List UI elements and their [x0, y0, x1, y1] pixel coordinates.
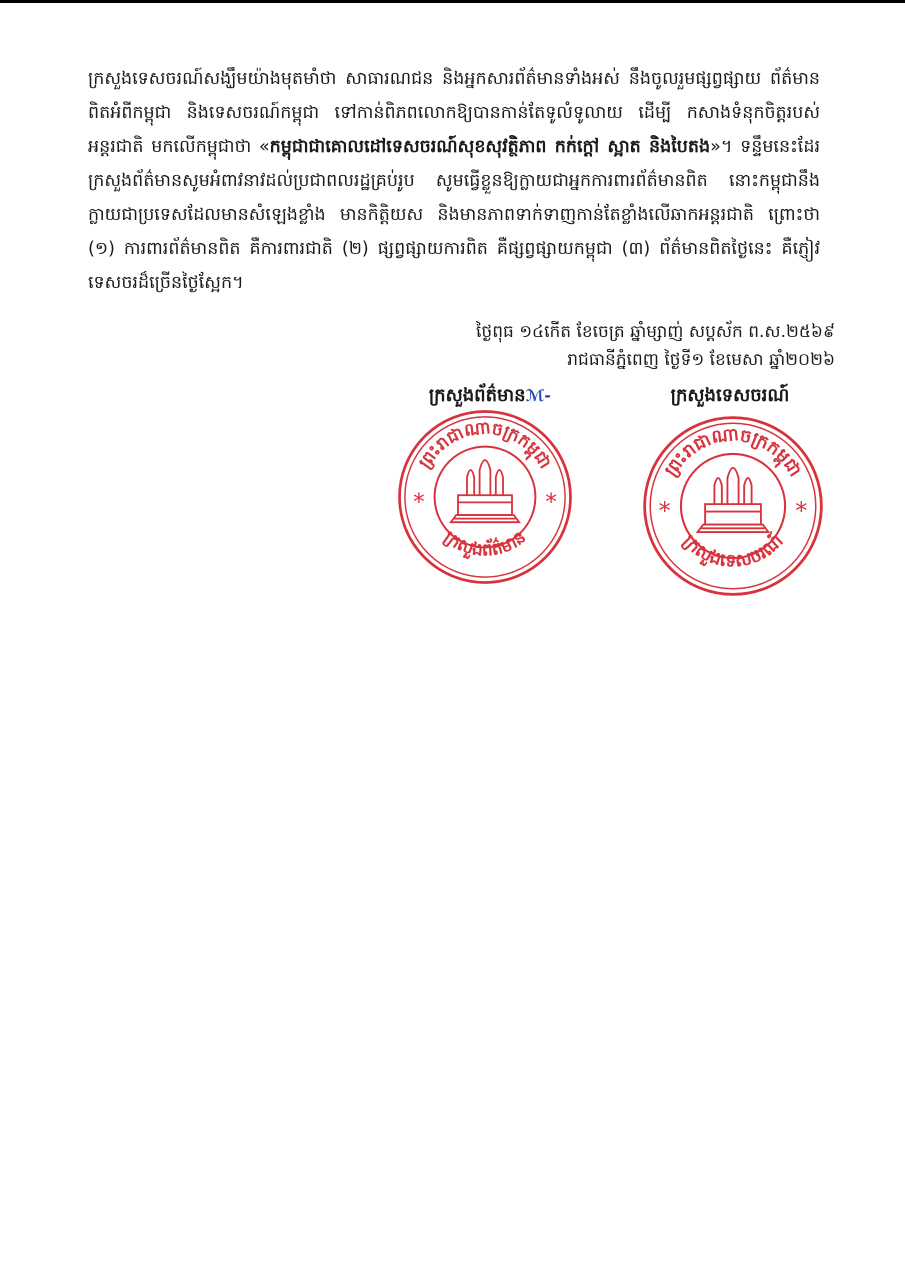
official-seal-icon: ព្រះរាជាណាចក្រកម្ពុជា ក្រសួងទេសចរណ៍ * * — [640, 413, 826, 599]
paragraph-line: ក្រសួងទេសចរណ៍សង្ឃឹមយ៉ាងមុតមាំថា សាធារណជន… — [88, 69, 761, 89]
signature-initials: ℳ- — [526, 386, 552, 405]
signer-ministry-information: ក្រសួងព័ត៌មានℳ- ព្រះរាជាណាចក្រកម្ពុជា ក្… — [390, 383, 590, 409]
signer-name: ក្រសួងព័ត៌មាន — [429, 385, 526, 406]
date-block: ថ្ងៃពុធ ១៤កើត ខែចេត្រ ឆ្នាំម្សាញ់ សប្តស័… — [476, 318, 835, 374]
signer-name: ក្រសួងទេសចរណ៍ — [671, 385, 790, 406]
svg-text:*: * — [795, 497, 807, 525]
slogan-text: កម្ពុជាជាគោលដៅទេសចរណ៍សុខសុវត្ថិភាព កក់ក្… — [270, 137, 710, 157]
svg-text:*: * — [545, 488, 557, 516]
svg-text:ក្រសួងទេសចរណ៍: ក្រសួងទេសចរណ៍ — [679, 529, 788, 572]
svg-text:*: * — [413, 488, 425, 516]
page-top-border — [0, 0, 905, 3]
svg-text:ក្រសួងព័ត៌មាន: ក្រសួងព័ត៌មាន — [440, 527, 530, 560]
official-seal-icon: ព្រះរាជាណាចក្រកម្ពុជា ក្រសួងព័ត៌មាន * * — [395, 407, 575, 587]
signature-block: ក្រសួងព័ត៌មានℳ- ព្រះរាជាណាចក្រកម្ពុជា ក្… — [390, 383, 830, 603]
paragraph-rest: »។ ទន្ទឹមនេះដែរ ក្រសួងព័ត៌មានសូមអំពាវនាវ… — [88, 137, 820, 293]
body-paragraph: ក្រសួងទេសចរណ៍សង្ឃឹមយ៉ាងមុតមាំថា សាធារណជន… — [88, 62, 820, 300]
signer-ministry-tourism: ក្រសួងទេសចរណ៍ ព្រះរាជាណាចក្រកម្ពុជា ក្រស… — [630, 383, 830, 409]
lunar-date: ថ្ងៃពុធ ១៤កើត ខែចេត្រ ឆ្នាំម្សាញ់ សប្តស័… — [476, 318, 835, 346]
solar-date: រាជធានីភ្នំពេញ ថ្ងៃទី១ ខែមេសា ឆ្នាំ២០២៦ — [476, 346, 835, 374]
svg-text:*: * — [659, 497, 671, 525]
